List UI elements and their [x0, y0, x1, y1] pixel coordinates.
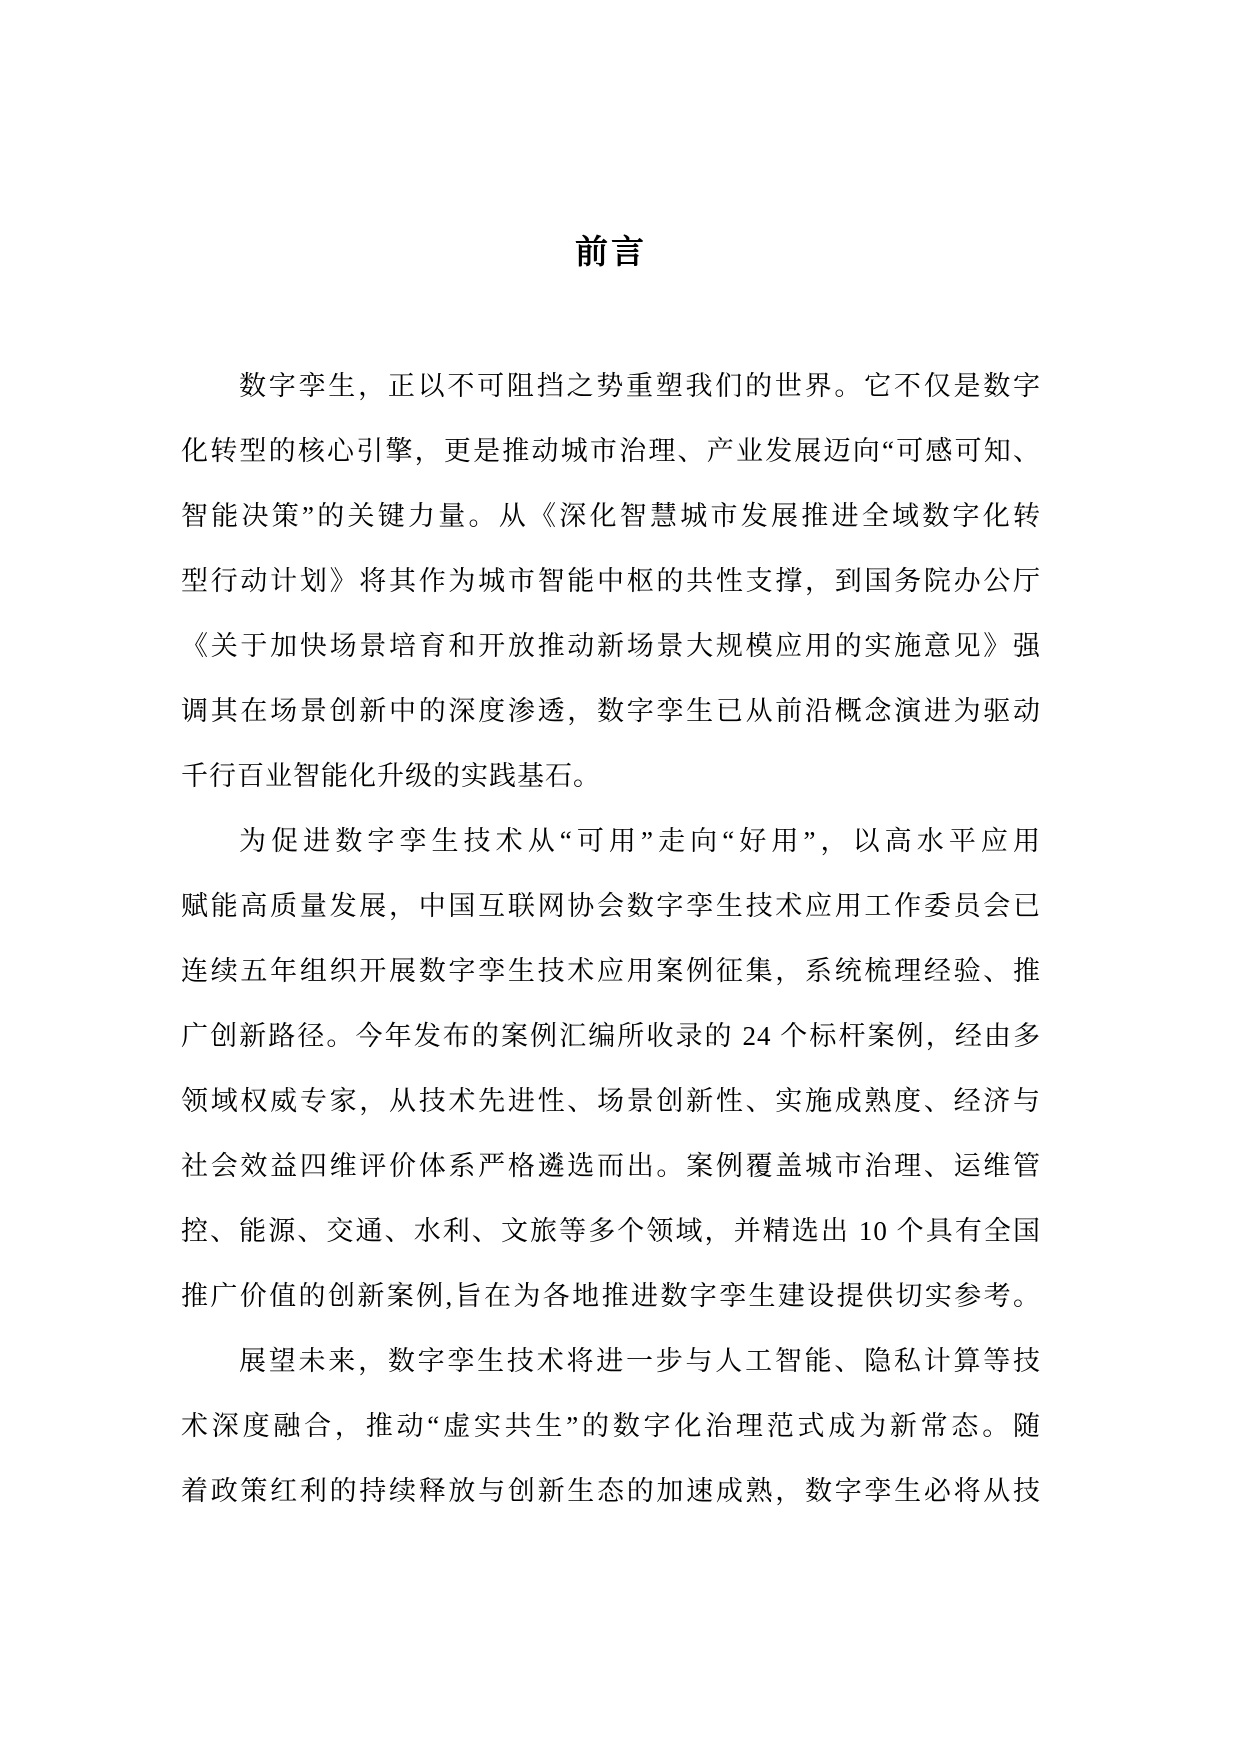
paragraph: 为促进数字孪生技术从“可用”走向“好用”，以高水平应用 赋能高质量发展，中国互联… — [181, 809, 1041, 1329]
text-line: 《关于加快场景培育和开放推动新场景大规模应用的实施意见》强 — [181, 614, 1041, 679]
text-line: 推广价值的创新案例,旨在为各地推进数字孪生建设提供切实参考。 — [181, 1264, 1041, 1329]
text-line: 控、能源、交通、水利、文旅等多个领域，并精选出 10 个具有全国 — [181, 1199, 1041, 1264]
paragraph: 数字孪生，正以不可阻挡之势重塑我们的世界。它不仅是数字 化转型的核心引擎，更是推… — [181, 354, 1041, 809]
page-title: 前言 — [181, 227, 1041, 277]
document-body: 数字孪生，正以不可阻挡之势重塑我们的世界。它不仅是数字 化转型的核心引擎，更是推… — [181, 354, 1041, 1524]
text-line: 数字孪生，正以不可阻挡之势重塑我们的世界。它不仅是数字 — [181, 354, 1041, 419]
text-line: 着政策红利的持续释放与创新生态的加速成熟，数字孪生必将从技 — [181, 1459, 1041, 1524]
document-page: 前言 数字孪生，正以不可阻挡之势重塑我们的世界。它不仅是数字 化转型的核心引擎，… — [0, 0, 1241, 1755]
text-line: 术深度融合，推动“虚实共生”的数字化治理范式成为新常态。随 — [181, 1394, 1041, 1459]
text-line: 千行百业智能化升级的实践基石。 — [181, 744, 1041, 809]
text-line: 社会效益四维评价体系严格遴选而出。案例覆盖城市治理、运维管 — [181, 1134, 1041, 1199]
text-line: 智能决策”的关键力量。从《深化智慧城市发展推进全域数字化转 — [181, 484, 1041, 549]
paragraph: 展望未来，数字孪生技术将进一步与人工智能、隐私计算等技 术深度融合，推动“虚实共… — [181, 1329, 1041, 1524]
text-line: 为促进数字孪生技术从“可用”走向“好用”，以高水平应用 — [181, 809, 1041, 874]
text-line: 展望未来，数字孪生技术将进一步与人工智能、隐私计算等技 — [181, 1329, 1041, 1394]
text-line: 领域权威专家，从技术先进性、场景创新性、实施成熟度、经济与 — [181, 1069, 1041, 1134]
text-line: 调其在场景创新中的深度渗透，数字孪生已从前沿概念演进为驱动 — [181, 679, 1041, 744]
text-line: 赋能高质量发展，中国互联网协会数字孪生技术应用工作委员会已 — [181, 874, 1041, 939]
text-line: 型行动计划》将其作为城市智能中枢的共性支撑，到国务院办公厅 — [181, 549, 1041, 614]
text-line: 广创新路径。今年发布的案例汇编所收录的 24 个标杆案例，经由多 — [181, 1004, 1041, 1069]
text-line: 连续五年组织开展数字孪生技术应用案例征集，系统梳理经验、推 — [181, 939, 1041, 1004]
text-line: 化转型的核心引擎，更是推动城市治理、产业发展迈向“可感可知、 — [181, 419, 1041, 484]
